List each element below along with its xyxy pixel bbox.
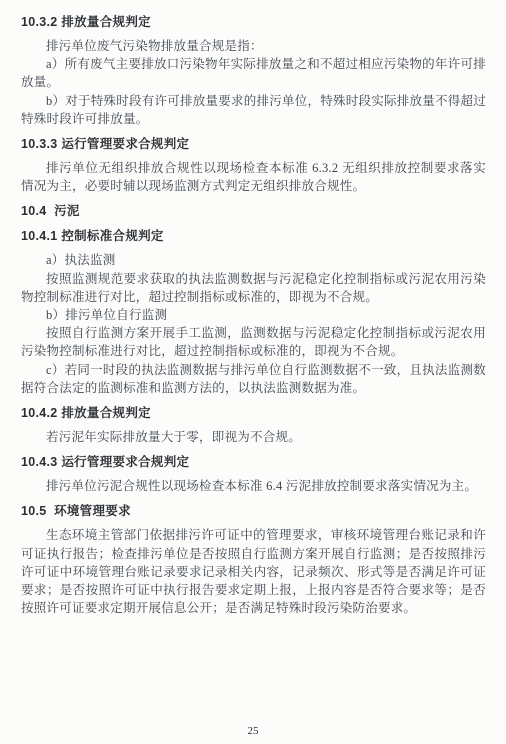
section-heading-10-5: 10.5 环境管理要求: [21, 502, 486, 520]
section-heading-10-4: 10.4 污泥: [21, 202, 486, 220]
section-heading-10-4-1: 10.4.1 控制标准合规判定: [21, 227, 486, 245]
paragraph-sludge-compliance: 排污单位污泥合规性以现场检查本标准 6.4 污泥排放控制要求落实情况为主。: [21, 477, 486, 495]
section-heading-10-4-2: 10.4.2 排放量合规判定: [21, 404, 486, 422]
paragraph-item-b-gas: b）对于特殊时段有许可排放量要求的排污单位，特殊时段实际排放量不得超过特殊时段许…: [21, 92, 486, 128]
paragraph-gas-emission-intro: 排污单位废气污染物排放量合规是指：: [21, 37, 486, 55]
paragraph-sludge-emission: 若污泥年实际排放量大于零，即视为不合规。: [21, 428, 486, 446]
section-heading-10-3-3: 10.3.3 运行管理要求合规判定: [21, 135, 486, 153]
paragraph-item-a-gas: a）所有废气主要排放口污染物年实际排放量之和不超过相应污染物的年许可排放量。: [21, 55, 486, 91]
section-heading-10-3-2: 10.3.2 排放量合规判定: [21, 13, 486, 31]
paragraph-item-a-label: a）执法监测: [21, 251, 486, 269]
paragraph-item-b-label: b）排污单位自行监测: [21, 306, 486, 324]
paragraph-enforcement-monitoring: 按照监测规范要求获取的执法监测数据与污泥稳定化控制指标或污泥农用污染物控制标准进…: [21, 270, 486, 306]
paragraph-fugitive-emission: 排污单位无组织排放合规性以现场检查本标准 6.3.2 无组织排放控制要求落实情况…: [21, 159, 486, 195]
paragraph-env-management: 生态环境主管部门依据排污许可证中的管理要求，审核环境管理台账记录和许可证执行报告…: [21, 526, 486, 617]
document-page: 10.3.2 排放量合规判定 排污单位废气污染物排放量合规是指： a）所有废气主…: [0, 0, 506, 744]
section-heading-10-4-3: 10.4.3 运行管理要求合规判定: [21, 453, 486, 471]
page-number: 25: [0, 725, 506, 737]
paragraph-self-monitoring: 按照自行监测方案开展手工监测，监测数据与污泥稳定化控制指标或污泥农用污染物控制标…: [21, 324, 486, 360]
paragraph-item-c-data-conflict: c）若同一时段的执法监测数据与排污单位自行监测数据不一致，且执法监测数据符合法定…: [21, 361, 486, 397]
